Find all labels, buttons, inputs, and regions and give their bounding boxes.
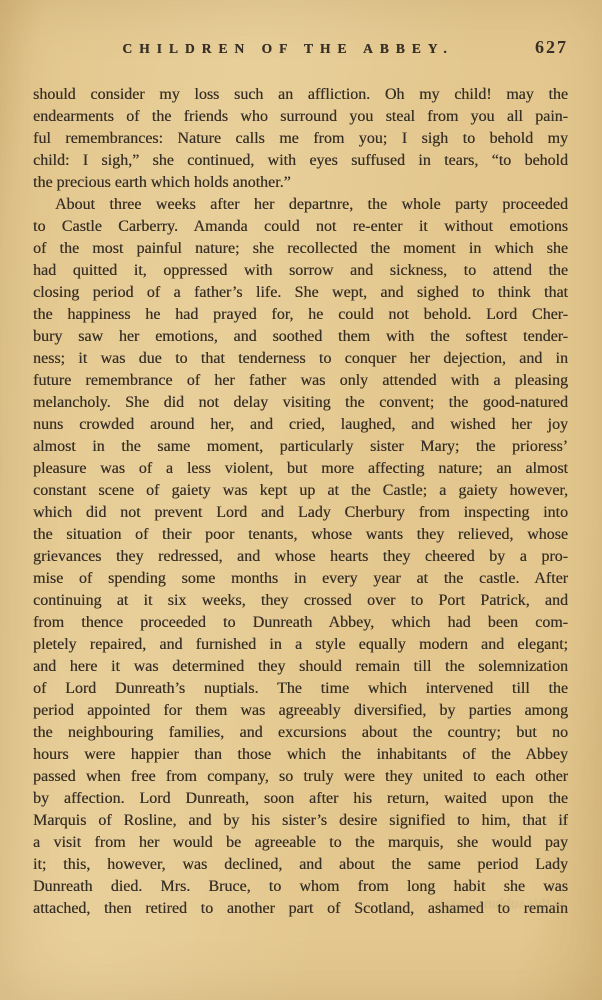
text-line: the happiness he had prayed for, he coul…	[33, 304, 568, 326]
text-line: a visit from her would be agreeable to t…	[33, 832, 568, 854]
running-head: CHILDREN OF THE ABBEY. 627	[33, 37, 568, 58]
text-line: the neighbouring families, and excursion…	[33, 722, 568, 744]
text-line: child: I sigh,” she continued, with eyes…	[33, 150, 568, 172]
text-line: grievances they redressed, and whose hea…	[33, 546, 568, 568]
text-line: endearments of the friends who surround …	[33, 106, 568, 128]
text-line: had quitted it, oppressed with sorrow an…	[33, 260, 568, 282]
bleed-through-text: in this sublunary state.	[325, 896, 565, 913]
text-line: the situation of their poor tenants, who…	[33, 524, 568, 546]
text-line: pleasure was of a less violent, but more…	[33, 458, 568, 480]
text-line: almost in the same moment, particularly …	[33, 436, 568, 458]
text-line: should consider my loss such an afflicti…	[33, 84, 568, 106]
text-line: to Castle Carberry. Amanda could not re-…	[33, 216, 568, 238]
text-line: bury saw her emotions, and soothed them …	[33, 326, 568, 348]
text-line: Marquis of Rosline, and by his sister’s …	[33, 810, 568, 832]
text-line: ful remembrances: Nature calls me from y…	[33, 128, 568, 150]
page-number: 627	[513, 37, 568, 58]
text-line: constant scene of gaiety was kept up at …	[33, 480, 568, 502]
text-line: of Lord Dunreath’s nuptials. The time wh…	[33, 678, 568, 700]
text-line: it; this, however, was declined, and abo…	[33, 854, 568, 876]
text-line: About three weeks after her departnre, t…	[33, 194, 568, 216]
text-block: should consider my loss such an afflicti…	[33, 84, 568, 920]
text-line: nuns crowded around her, and cried, laug…	[33, 414, 568, 436]
text-line: ness; it was due to that tenderness to c…	[33, 348, 568, 370]
text-line: from thence proceeded to Dunreath Abbey,…	[33, 612, 568, 634]
text-line: which did not prevent Lord and Lady Cher…	[33, 502, 568, 524]
text-line: pletely repaired, and furnished in a sty…	[33, 634, 568, 656]
text-line: period appointed for them was agreeably …	[33, 700, 568, 722]
text-line: by affection. Lord Dunreath, soon after …	[33, 788, 568, 810]
text-line: and here it was determined they should r…	[33, 656, 568, 678]
text-line: hours were happier than those which the …	[33, 744, 568, 766]
text-line: Dunreath died. Mrs. Bruce, to whom from …	[33, 876, 568, 898]
text-line: melancholy. She did not delay visiting t…	[33, 392, 568, 414]
paragraph: should consider my loss such an afflicti…	[33, 84, 568, 194]
text-line: closing period of a father’s life. She w…	[33, 282, 568, 304]
text-line: of the most painful nature; she recollec…	[33, 238, 568, 260]
text-line: future remembrance of her father was onl…	[33, 370, 568, 392]
book-page: CHILDREN OF THE ABBEY. 627 should consid…	[0, 0, 602, 1000]
text-line: continuing at it six weeks, they crossed…	[33, 590, 568, 612]
text-line: passed when free from company, so truly …	[33, 766, 568, 788]
text-line: the precious earth which holds another.”	[33, 172, 568, 194]
page-title: CHILDREN OF THE ABBEY.	[63, 41, 513, 57]
paragraph: About three weeks after her departnre, t…	[33, 194, 568, 920]
text-line: mise of spending some months in every ye…	[33, 568, 568, 590]
